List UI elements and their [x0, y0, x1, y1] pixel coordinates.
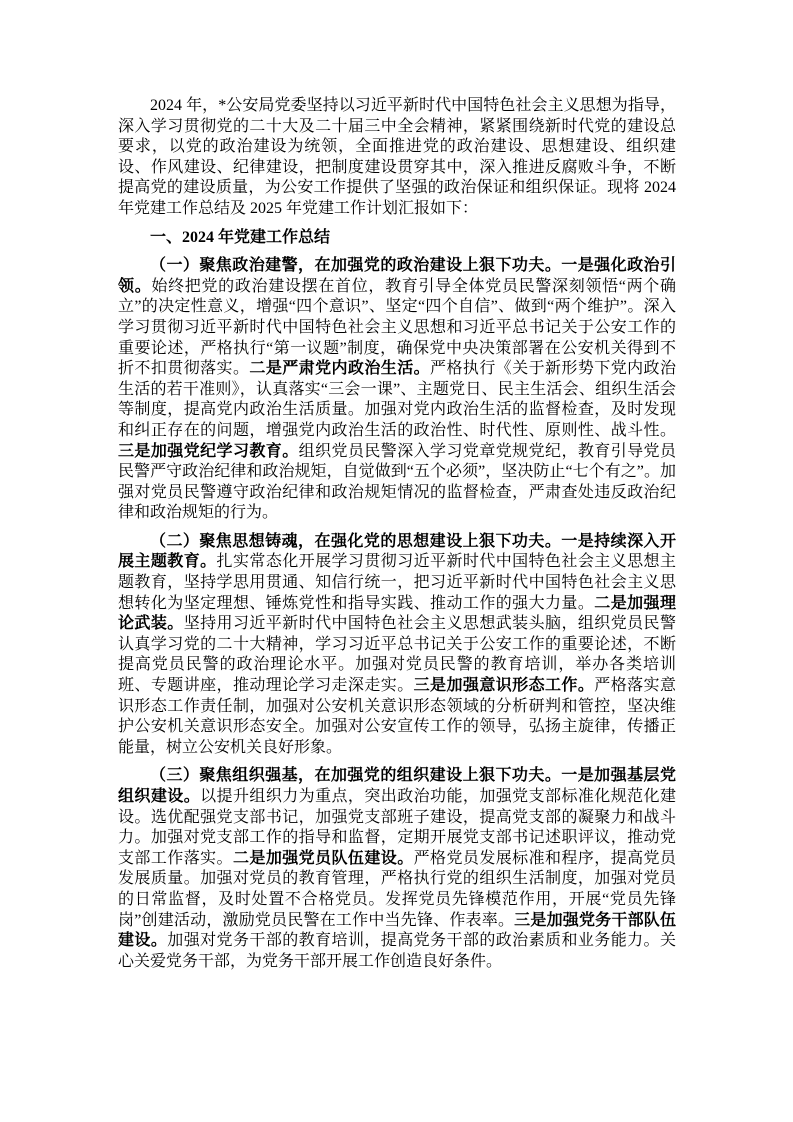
paragraph-organizational-building: （三）聚焦组织强基，在加强党的组织建设上狠下功夫。一是加强基层党组织建设。以提升… — [118, 766, 676, 972]
bold-lead-run: 三是加强意识形态工作。 — [414, 677, 595, 694]
heading-text: 一、2024 年党建工作总结 — [150, 229, 330, 246]
section-heading-2024-summary: 一、2024 年党建工作总结 — [118, 228, 676, 249]
text-run: 2024 年，*公安局党委坚持以习近平新时代中国特色社会主义思想为指导，深入学习… — [118, 97, 676, 217]
bold-lead-run: 三是加强党纪学习教育。 — [118, 443, 299, 460]
text-run: 加强对党务干部的教育培训，提高党务干部的政治素质和业务能力。关心关爱党务干部，为… — [118, 932, 676, 970]
document-page: 2024 年，*公安局党委坚持以习近平新时代中国特色社会主义思想为指导，深入学习… — [0, 0, 793, 1122]
paragraph-ideological-building: （二）聚焦思想铸魂，在强化党的思想建设上狠下功夫。一是持续深入开展主题教育。扎实… — [118, 532, 676, 759]
paragraph-political-building: （一）聚焦政治建警，在加强党的政治建设上狠下功夫。一是强化政治引领。始终把党的政… — [118, 256, 676, 524]
bold-lead-run: 二是严肃党内政治生活。 — [249, 360, 430, 377]
intro-paragraph: 2024 年，*公安局党委坚持以习近平新时代中国特色社会主义思想为指导，深入学习… — [118, 96, 676, 220]
bold-lead-run: 二是加强党员队伍建设。 — [233, 850, 414, 867]
